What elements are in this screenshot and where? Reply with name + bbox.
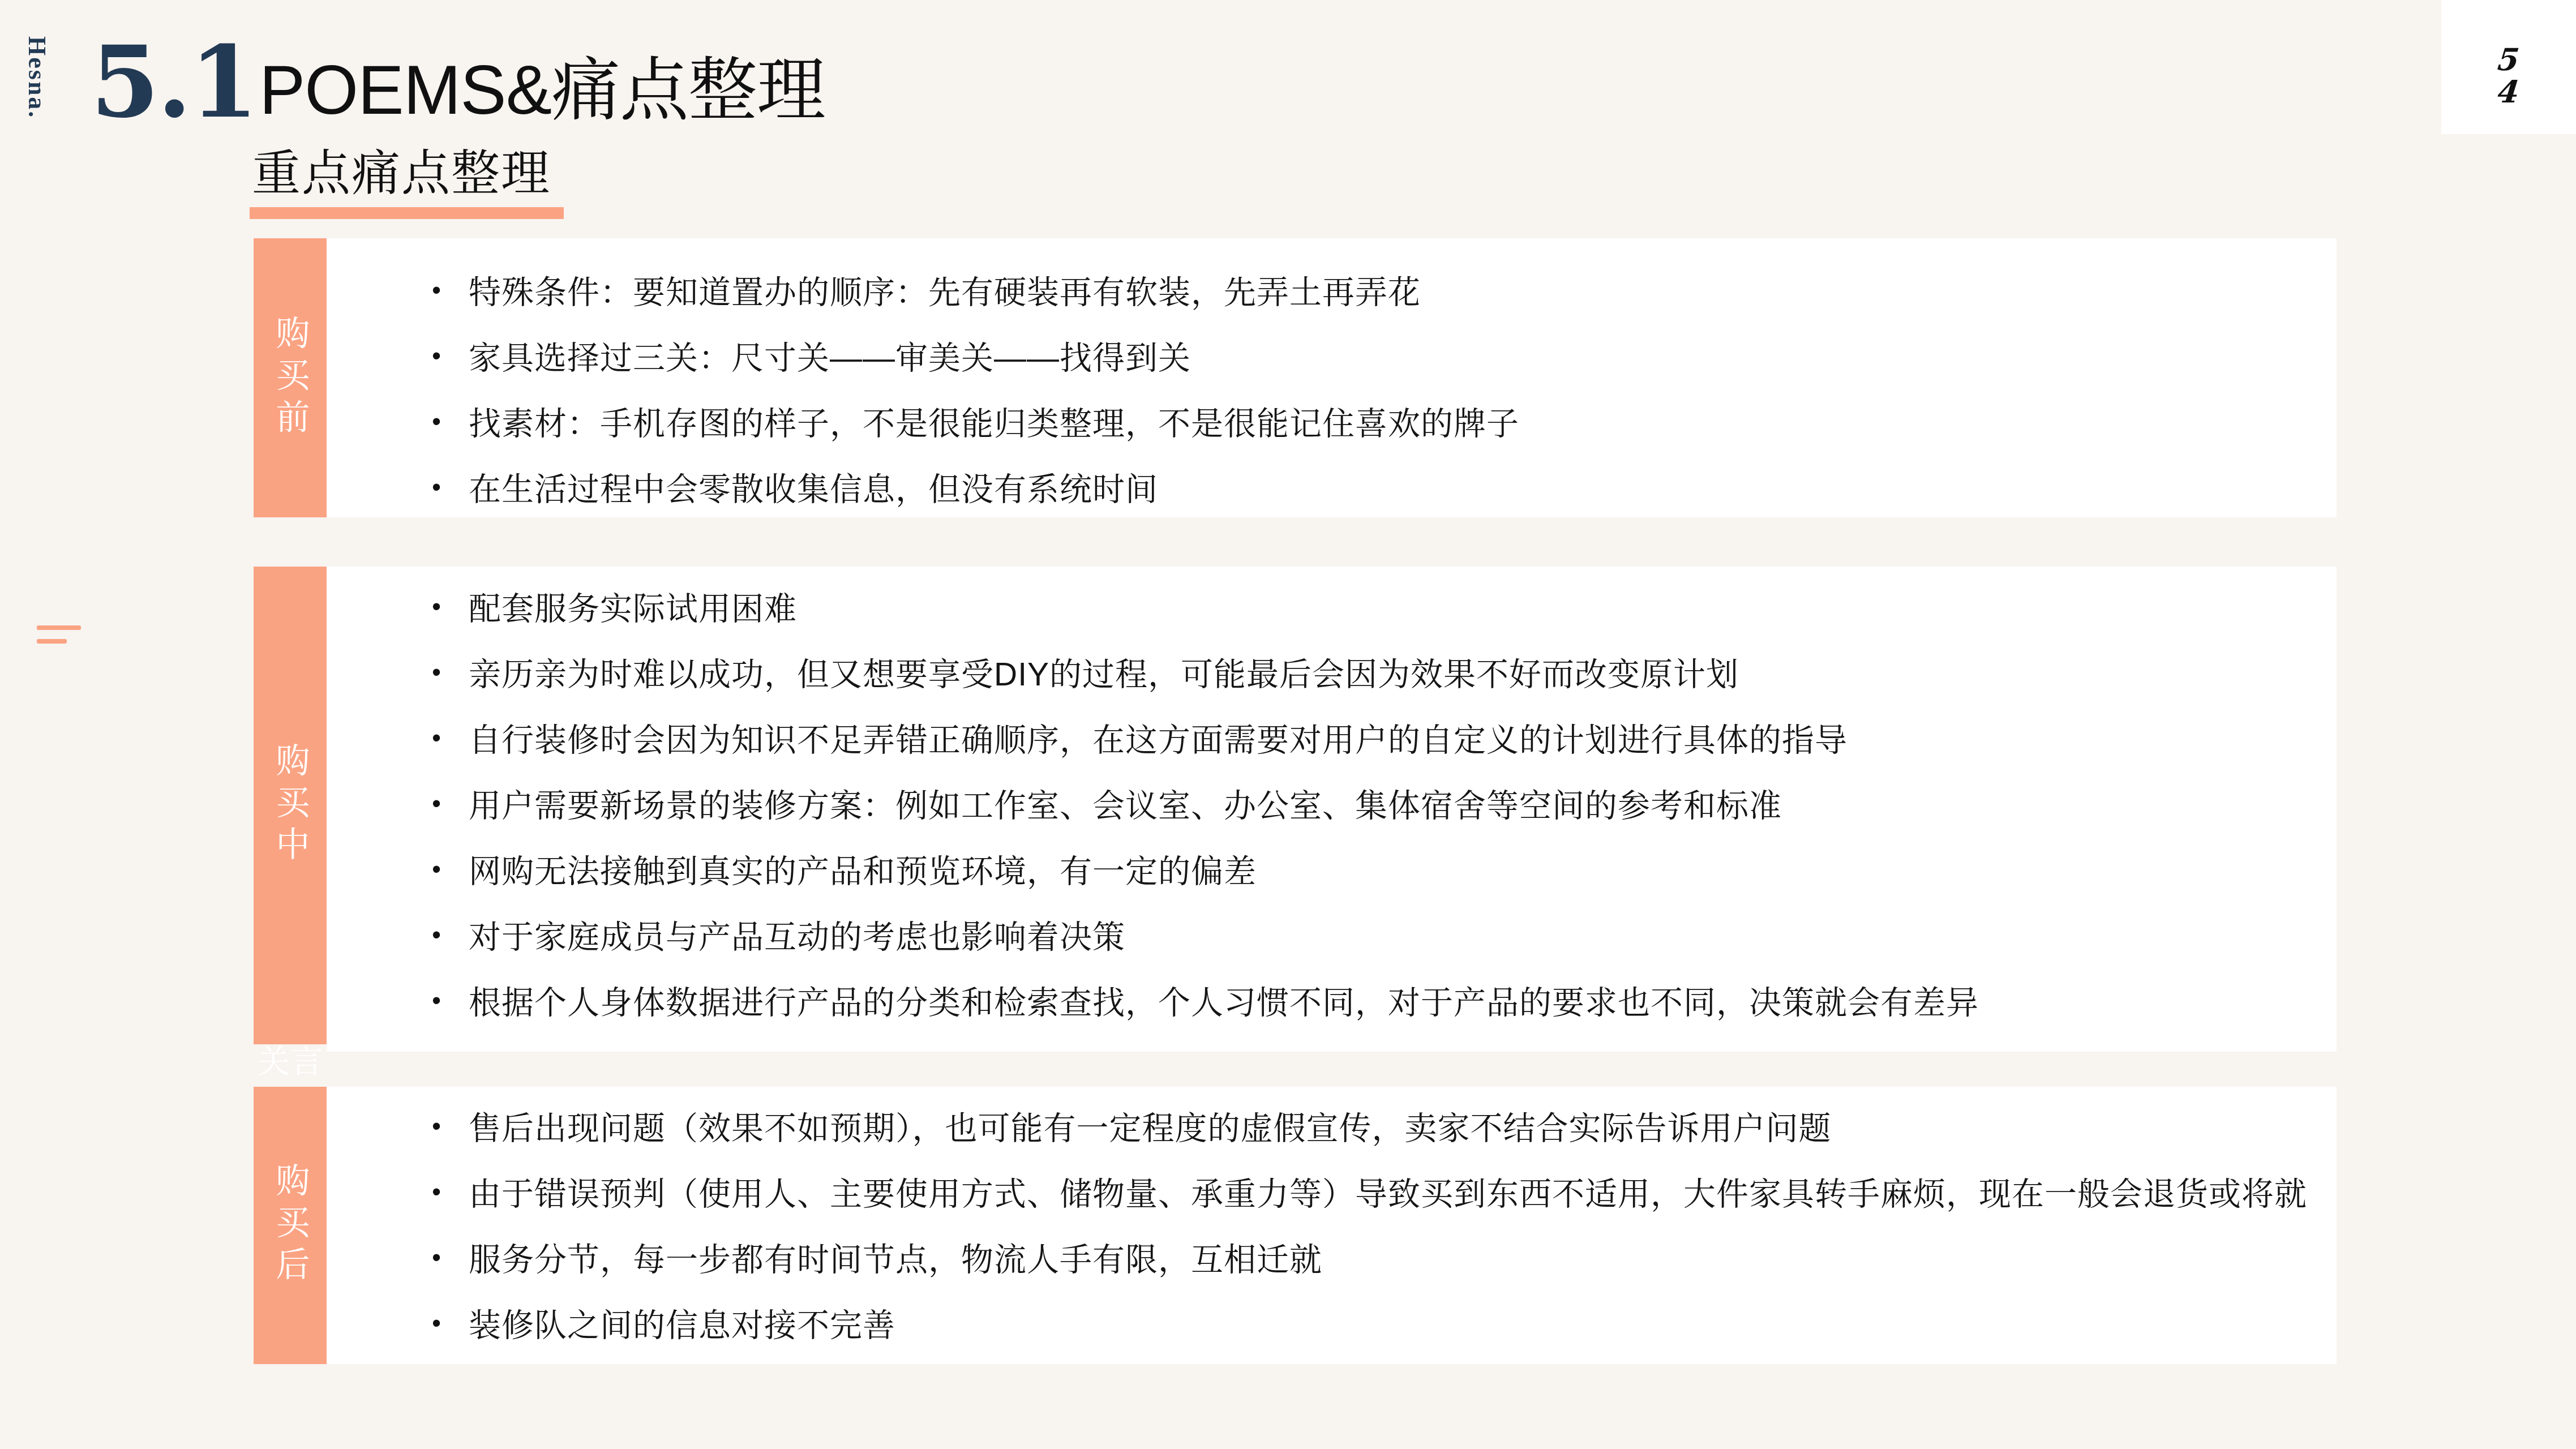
section-number: 5.1	[91, 33, 256, 132]
bullet-item: 亲历亲为时难以成功，但又想要享受DIY的过程，可能最后会因为效果不好而改变原计划	[327, 639, 2337, 705]
bullet-item: 由于错误预判（使用人、主要使用方式、储物量、承重力等）导致买到东西不适用，大件家…	[327, 1159, 2337, 1224]
menu-icon-bar-short	[37, 639, 67, 644]
section-content-box: 配套服务实际试用困难亲历亲为时难以成功，但又想要享受DIY的过程，可能最后会因为…	[327, 567, 2337, 1052]
bullet-item: 服务分节，每一步都有时间节点，物流人手有限，互相迁就	[327, 1224, 2337, 1290]
section-label: 购买前	[273, 315, 307, 441]
section-content-box: 特殊条件：要知道置办的顺序：先有硬装再有软装，先弄土再弄花家具选择过三关：尺寸关…	[327, 238, 2337, 517]
section-label-bar: 购买后	[254, 1087, 327, 1364]
bullet-item: 配套服务实际试用困难	[327, 573, 2337, 639]
bullet-item: 装修队之间的信息对接不完善	[327, 1290, 2337, 1356]
bullet-list: 配套服务实际试用困难亲历亲为时难以成功，但又想要享受DIY的过程，可能最后会因为…	[327, 567, 2337, 1033]
page-number-box: 5 4	[2441, 0, 2576, 134]
section-1: 购买中配套服务实际试用困难亲历亲为时难以成功，但又想要享受DIY的过程，可能最后…	[254, 567, 2337, 1052]
bullet-item: 在生活过程中会零散收集信息，但没有系统时间	[327, 454, 2337, 520]
page-number-bottom: 4	[2496, 76, 2521, 108]
section-label: 购买后	[273, 1163, 307, 1288]
bullet-list: 售后出现问题（效果不如预期），也可能有一定程度的虚假宣传，卖家不结合实际告诉用户…	[327, 1087, 2337, 1356]
subtitle-underline	[250, 207, 564, 219]
section-label-bar: 购买前	[254, 238, 327, 517]
page-number-top: 5	[2496, 44, 2521, 76]
page-title: POEMS&痛点整理	[259, 55, 825, 125]
bullet-list: 特殊条件：要知道置办的顺序：先有硬装再有软装，先弄土再弄花家具选择过三关：尺寸关…	[327, 238, 2337, 520]
section-label: 购买中	[273, 743, 307, 868]
subtitle: 重点痛点整理	[252, 147, 551, 201]
bullet-item: 家具选择过三关：尺寸关——审美关——找得到关	[327, 323, 2337, 388]
section-0: 购买前特殊条件：要知道置办的顺序：先有硬装再有软装，先弄土再弄花家具选择过三关：…	[254, 238, 2337, 517]
bullet-item: 对于家庭成员与产品互动的考虑也影响着决策	[327, 902, 2337, 967]
section-label-bar: 购买中	[254, 567, 327, 1044]
bullet-item: 根据个人身体数据进行产品的分类和检索查找，个人习惯不同，对于产品的要求也不同，决…	[327, 967, 2337, 1033]
bullet-item: 售后出现问题（效果不如预期），也可能有一定程度的虚假宣传，卖家不结合实际告诉用户…	[327, 1093, 2337, 1159]
section-content-box: 售后出现问题（效果不如预期），也可能有一定程度的虚假宣传，卖家不结合实际告诉用户…	[327, 1087, 2337, 1364]
bullet-item: 特殊条件：要知道置办的顺序：先有硬装再有软装，先弄土再弄花	[327, 257, 2337, 323]
menu-icon-bar-long	[37, 625, 81, 630]
bullet-item: 自行装修时会因为知识不足弄错正确顺序，在这方面需要对用户的自定义的计划进行具体的…	[327, 705, 2337, 770]
slide: Hesna. 5.1 POEMS&痛点整理 5 4 重点痛点整理 购买前特殊条件…	[0, 0, 2576, 1449]
menu-icon	[37, 625, 82, 644]
bullet-item: 找素材：手机存图的样子，不是很能归类整理，不是很能记住喜欢的牌子	[327, 388, 2337, 454]
bullet-item: 网购无法接触到真实的产品和预览环境，有一定的偏差	[327, 836, 2337, 902]
section-2: 购买后售后出现问题（效果不如预期），也可能有一定程度的虚假宣传，卖家不结合实际告…	[254, 1087, 2337, 1364]
brand-logo: Hesna.	[23, 36, 52, 119]
bullet-item: 用户需要新场景的装修方案：例如工作室、会议室、办公室、集体宿舍等空间的参考和标准	[327, 770, 2337, 836]
